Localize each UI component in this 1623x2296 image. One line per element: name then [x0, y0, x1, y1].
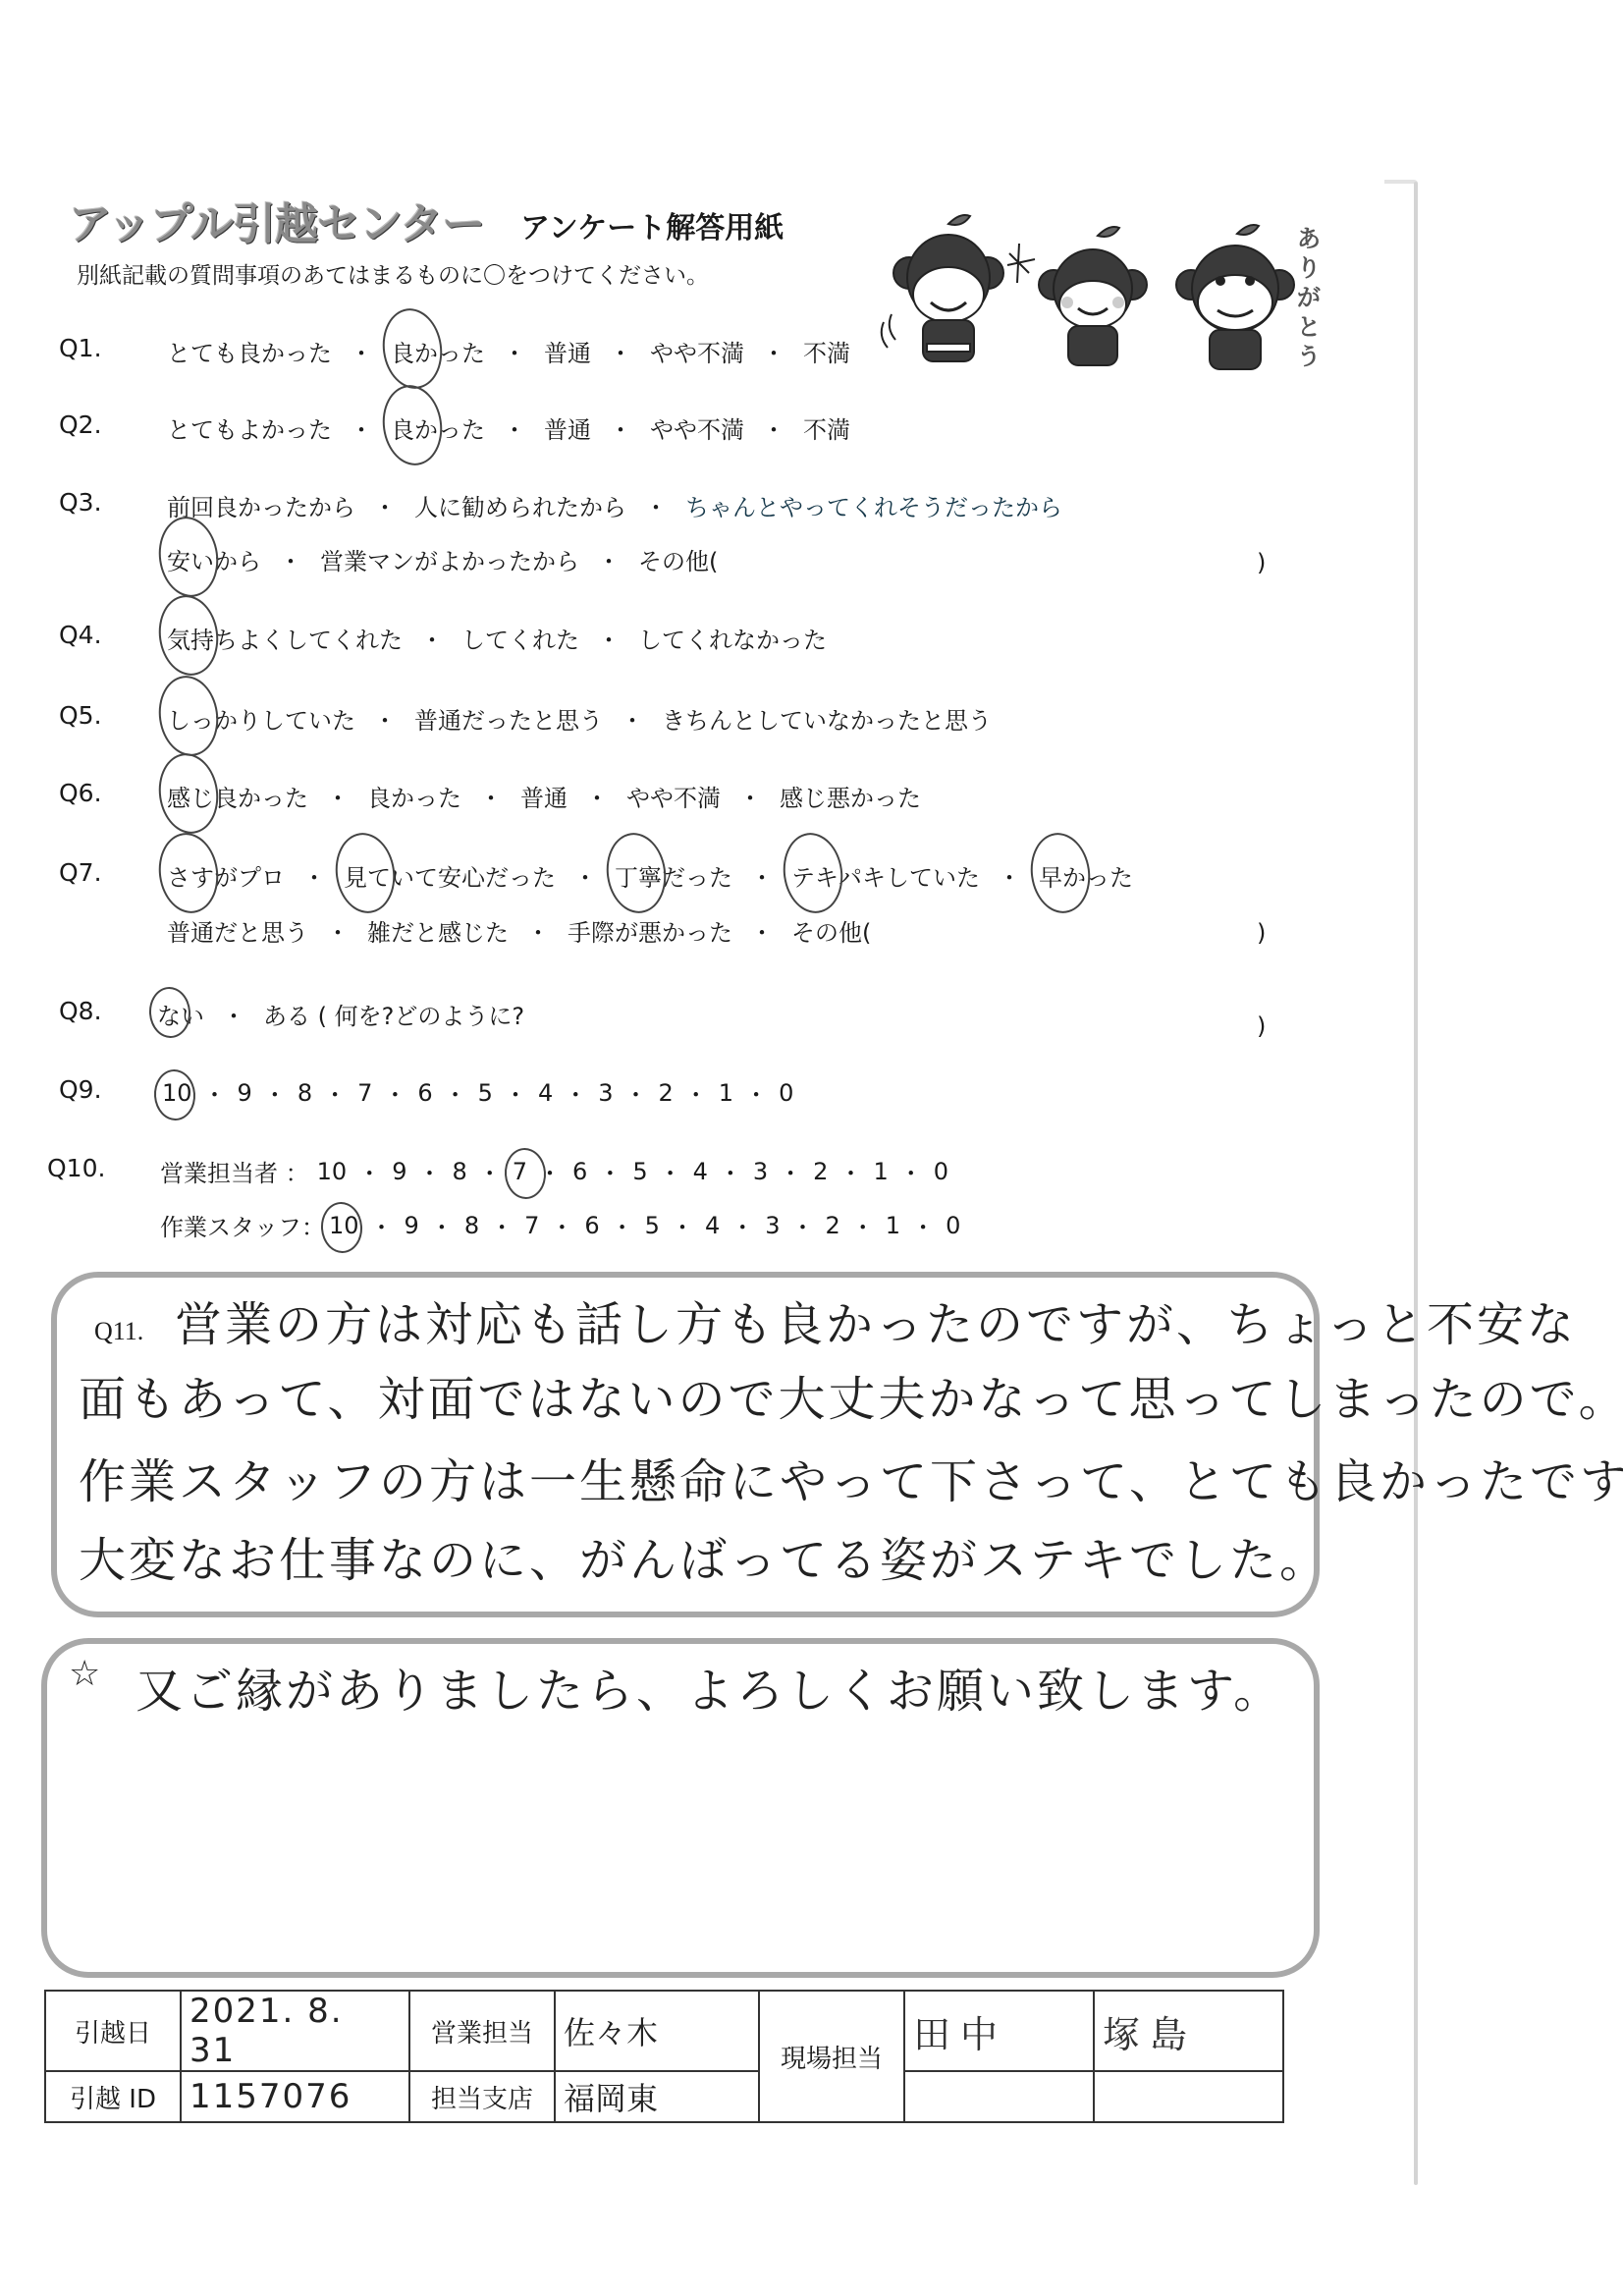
score[interactable]: 3: [765, 1212, 780, 1239]
handwritten-line: 作業スタッフの方は一生懸命にやって下さって、とても良かったです。: [79, 1447, 1623, 1517]
score[interactable]: 6: [572, 1158, 587, 1185]
q11-label: Q11.: [94, 1317, 143, 1346]
score[interactable]: 7: [357, 1079, 372, 1107]
option[interactable]: 手際が悪かった: [568, 913, 732, 948]
handwritten-line: 営業の方は対応も話し方も良かったのですが、ちょっと不安な: [175, 1289, 1577, 1360]
site-staff-1[interactable]: 田中: [904, 1991, 1094, 2071]
handwritten-line: 面もあって、対面ではないので大丈夫かなって思ってしまったので。: [79, 1364, 1623, 1435]
score[interactable]: 9: [392, 1158, 406, 1185]
instruction-text: 別紙記載の質問事項のあてはまるものに〇をつけてください。: [77, 257, 709, 290]
q11-comment-box[interactable]: Q11. 営業の方は対応も話し方も良かったのですが、ちょっと不安な 面もあって、…: [51, 1272, 1320, 1617]
option[interactable]: 不満: [803, 410, 850, 445]
option-selected[interactable]: しっかりしていた: [167, 701, 355, 736]
option-selected[interactable]: 丁寧だった: [615, 858, 732, 893]
thanks-caption: ありがとう: [1294, 224, 1324, 371]
option-selected[interactable]: 感じ良かった: [167, 779, 308, 813]
option-other[interactable]: その他(: [791, 913, 871, 948]
sales-rep-label: 営業担当: [409, 1991, 555, 2071]
option-selected[interactable]: ない: [157, 997, 204, 1031]
option-selected[interactable]: さすがプロ: [167, 858, 285, 893]
option[interactable]: してくれなかった: [638, 621, 827, 655]
site-staff-label: 現場担当: [759, 1991, 904, 2122]
option[interactable]: 人に勧められたから: [414, 488, 626, 522]
option[interactable]: 普通: [544, 410, 591, 445]
option[interactable]: 営業マンがよかったから: [320, 542, 579, 576]
score[interactable]: 1: [886, 1212, 900, 1239]
score[interactable]: 0: [779, 1079, 793, 1107]
score-selected[interactable]: 7: [513, 1158, 527, 1185]
page-edge: [1414, 182, 1418, 2185]
option-selected[interactable]: 良かった: [391, 334, 485, 368]
score[interactable]: 0: [934, 1158, 948, 1185]
option-selected[interactable]: 安いから: [167, 542, 261, 576]
option[interactable]: 普通: [544, 334, 591, 368]
question-number: Q5.: [59, 701, 102, 730]
question-number: Q8.: [59, 997, 102, 1025]
branch-value[interactable]: 福岡東: [555, 2071, 759, 2122]
option[interactable]: 普通: [520, 779, 568, 813]
option-other[interactable]: ある ( 何を?どのように?: [263, 997, 524, 1031]
option[interactable]: 雑だと感じた: [367, 913, 509, 948]
score[interactable]: 10: [317, 1158, 348, 1185]
option-selected[interactable]: 早かった: [1039, 858, 1133, 893]
option[interactable]: ちゃんとやってくれそうだったから: [685, 488, 1062, 522]
option[interactable]: やや不満: [626, 779, 721, 813]
question-number: Q10.: [47, 1154, 105, 1182]
score[interactable]: 4: [538, 1079, 553, 1107]
paren-close: ): [1257, 549, 1266, 576]
score[interactable]: 9: [405, 1212, 419, 1239]
option[interactable]: 普通だったと思う: [414, 701, 603, 736]
move-id-label: 引越 ID: [45, 2071, 181, 2122]
question-number: Q6.: [59, 779, 102, 807]
branch-label: 担当支店: [409, 2071, 555, 2122]
score[interactable]: 3: [753, 1158, 768, 1185]
question-number: Q2.: [59, 410, 102, 439]
option[interactable]: やや不満: [650, 334, 744, 368]
form-title: アンケート解答用紙: [520, 203, 784, 246]
site-staff-4[interactable]: [1094, 2071, 1283, 2122]
option[interactable]: 普通だと思う: [167, 913, 308, 948]
score[interactable]: 4: [705, 1212, 720, 1239]
row-label: 営業担当者 ：: [160, 1154, 309, 1188]
handwritten-line: 大変なお仕事なのに、がんばってる姿がステキでした。: [79, 1525, 1329, 1596]
row-label: 作業スタッフ：: [160, 1208, 325, 1242]
score[interactable]: 3: [598, 1079, 613, 1107]
monkey-mascot-icon: [872, 204, 1304, 381]
score[interactable]: 1: [873, 1158, 888, 1185]
site-staff-3[interactable]: [904, 2071, 1094, 2122]
question-number: Q9.: [59, 1075, 102, 1104]
option[interactable]: 不満: [803, 334, 850, 368]
score[interactable]: 6: [584, 1212, 599, 1239]
score[interactable]: 4: [693, 1158, 708, 1185]
score[interactable]: 2: [659, 1079, 674, 1107]
score[interactable]: 7: [524, 1212, 539, 1239]
option[interactable]: きちんとしていなかったと思う: [662, 701, 992, 736]
move-id-value[interactable]: 1157076: [181, 2071, 409, 2122]
score[interactable]: 2: [813, 1158, 828, 1185]
score[interactable]: 8: [464, 1212, 479, 1239]
option-other[interactable]: その他(: [638, 542, 718, 576]
score[interactable]: 5: [632, 1158, 647, 1185]
question-number: Q7.: [59, 858, 102, 887]
option[interactable]: とてもよかった: [167, 410, 332, 445]
score-selected[interactable]: 10: [162, 1079, 192, 1107]
move-info-table: 引越日 2021. 8. 31 営業担当 佐々木 現場担当 田中 塚島 引越 I…: [44, 1990, 1284, 2123]
option-selected[interactable]: 良かった: [391, 410, 485, 445]
question-number: Q4.: [59, 621, 102, 649]
paren-close: ): [1257, 919, 1266, 947]
option-selected[interactable]: 見ていて安心だった: [344, 858, 556, 893]
move-date-label: 引越日: [45, 1991, 181, 2071]
option[interactable]: やや不満: [650, 410, 744, 445]
handwritten-line: 又ご縁がありましたら、よろしくお願い致します。: [135, 1656, 1283, 1726]
option[interactable]: 前回良かったから: [167, 488, 355, 522]
score[interactable]: 9: [238, 1079, 252, 1107]
score[interactable]: 8: [298, 1079, 312, 1107]
option-selected[interactable]: テキパキしていた: [791, 858, 980, 893]
score[interactable]: 2: [826, 1212, 840, 1239]
paren-close: ): [1257, 1012, 1266, 1040]
score[interactable]: 8: [452, 1158, 466, 1185]
move-date-value[interactable]: 2021. 8. 31: [181, 1991, 409, 2071]
score[interactable]: 6: [417, 1079, 432, 1107]
option[interactable]: してくれた: [461, 621, 579, 655]
score[interactable]: 0: [946, 1212, 960, 1239]
question-number: Q3.: [59, 488, 102, 517]
sales-rep-value[interactable]: 佐々木: [555, 1991, 759, 2071]
option[interactable]: 感じ悪かった: [780, 779, 921, 813]
additional-comment-box[interactable]: ☆ 又ご縁がありましたら、よろしくお願い致します。: [41, 1638, 1320, 1978]
score-selected[interactable]: 10: [329, 1212, 359, 1239]
question-number: Q1.: [59, 334, 102, 362]
option[interactable]: とても良かった: [167, 334, 332, 368]
option[interactable]: 良かった: [367, 779, 461, 813]
score[interactable]: 1: [719, 1079, 733, 1107]
score[interactable]: 5: [478, 1079, 493, 1107]
star-icon: ☆: [69, 1654, 100, 1694]
option-selected[interactable]: 気持ちよくしてくれた: [167, 621, 403, 655]
brand-logo: アップル引越センター: [69, 189, 484, 251]
page-edge: [1384, 180, 1418, 184]
site-staff-2[interactable]: 塚島: [1094, 1991, 1283, 2071]
score[interactable]: 5: [645, 1212, 660, 1239]
